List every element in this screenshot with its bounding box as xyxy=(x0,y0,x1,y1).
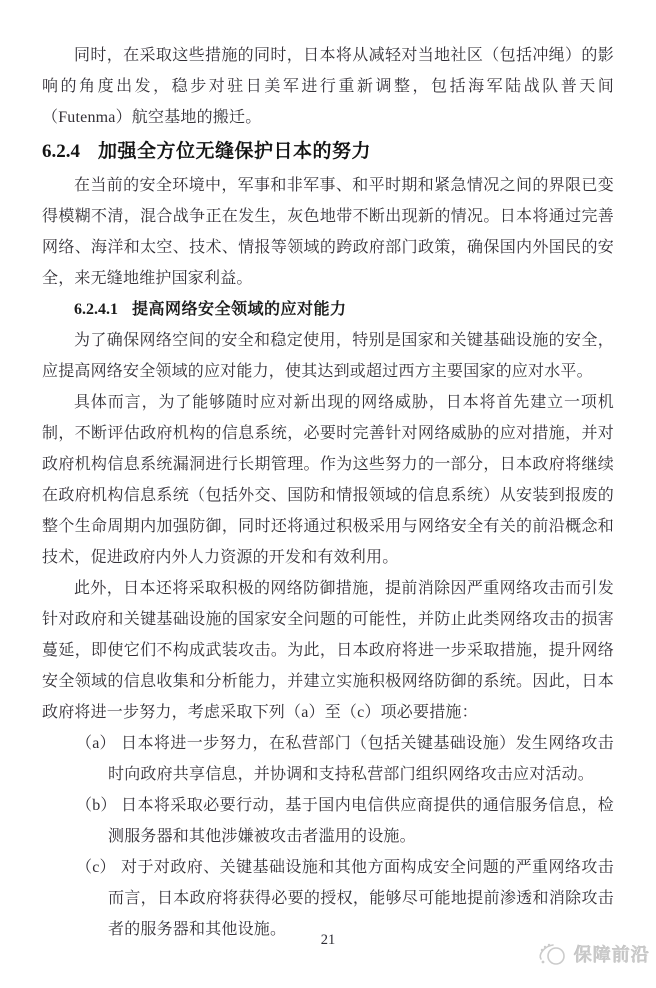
subsection-heading-6241: 6.2.4.1提高网络安全领域的应对能力 xyxy=(42,294,614,325)
list-item-b: （b） 日本将采取必要行动，基于国内电信供应商提供的通信服务信息，检测服务器和其… xyxy=(42,790,614,852)
document-content: 同时，在采取这些措施的同时，日本将从减轻对当地社区（包括冲绳）的影响的角度出发，… xyxy=(0,0,656,945)
list-marker-c: （c） xyxy=(76,852,116,883)
list-text-a: 日本将进一步努力，在私营部门（包括关键基础设施）发生网络攻击时向政府共享信息，并… xyxy=(108,728,614,790)
paragraph-active-cyber-defense: 此外，日本还将采取积极的网络防御措施，提前消除因严重网络攻击而引发针对政府和关键… xyxy=(42,573,614,728)
list-marker-a: （a） xyxy=(76,728,116,759)
document-page: 同时，在采取这些措施的同时，日本将从减轻对当地社区（包括冲绳）的影响的角度出发，… xyxy=(0,0,656,988)
section-heading-624: 6.2.4加强全方位无缝保护日本的努力 xyxy=(42,135,614,168)
list-marker-b: （b） xyxy=(76,790,117,821)
section-number: 6.2.4 xyxy=(42,141,80,162)
paragraph-cyber-capability: 为了确保网络空间的安全和稳定使用，特别是国家和关键基础设施的安全，应提高网络安全… xyxy=(42,325,614,387)
subsection-title: 提高网络安全领域的应对能力 xyxy=(132,301,347,318)
orbit-globe-icon xyxy=(537,941,569,967)
paragraph-security-environment: 在当前的安全环境中，军事和非军事、和平时期和紧急情况之间的界限已变得模糊不清，混… xyxy=(42,170,614,294)
list-text-b: 日本将采取必要行动，基于国内电信供应商提供的通信服务信息，检测服务器和其他涉嫌被… xyxy=(108,790,614,852)
watermark-label: 保障前沿 xyxy=(574,941,650,967)
watermark: 保障前沿 xyxy=(537,941,650,967)
section-title: 加强全方位无缝保护日本的努力 xyxy=(98,141,371,162)
measure-list: （a） 日本将进一步努力，在私营部门（包括关键基础设施）发生网络攻击时向政府共享… xyxy=(42,728,614,945)
paragraph-usfj-realignment: 同时，在采取这些措施的同时，日本将从减轻对当地社区（包括冲绳）的影响的角度出发，… xyxy=(42,40,614,133)
paragraph-cyber-mechanism: 具体而言，为了能够随时应对新出现的网络威胁，日本将首先建立一项机制，不断评估政府… xyxy=(42,387,614,573)
subsection-number: 6.2.4.1 xyxy=(74,301,118,318)
list-item-a: （a） 日本将进一步努力，在私营部门（包括关键基础设施）发生网络攻击时向政府共享… xyxy=(42,728,614,790)
